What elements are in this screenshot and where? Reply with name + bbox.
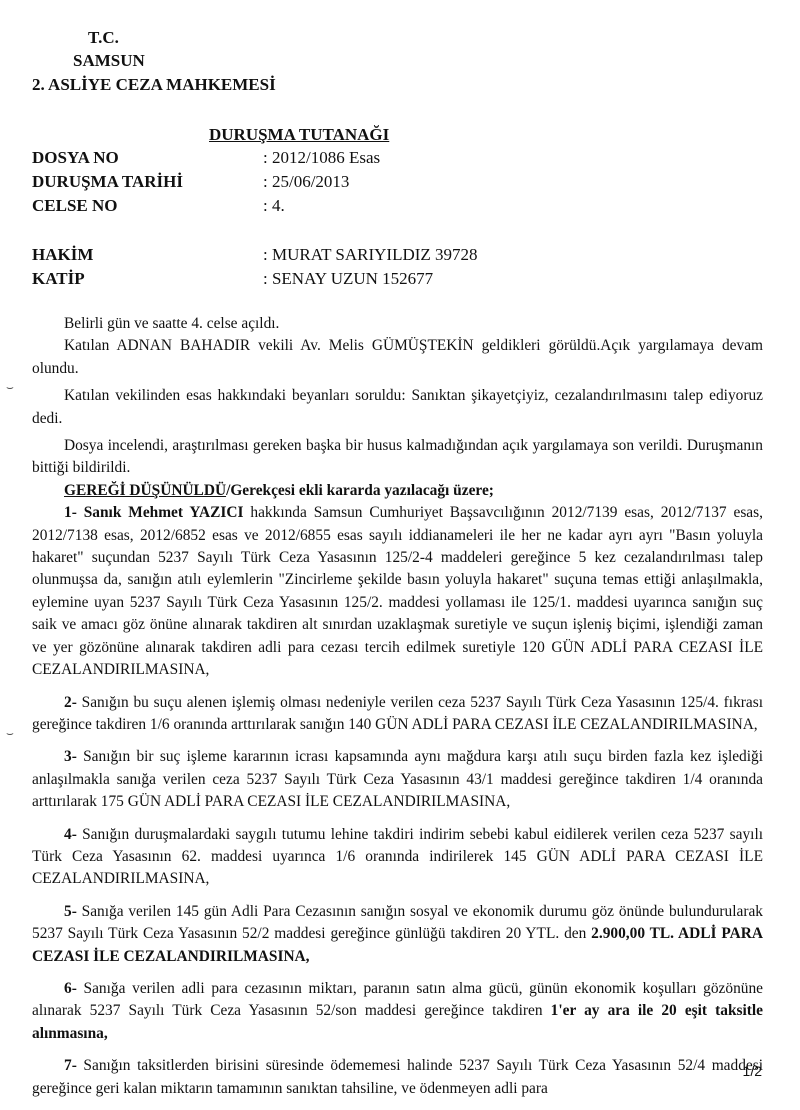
meta-row-case-no: DOSYA NO: 2012/1086 Esas [32, 146, 380, 170]
verdict-item-number: 5- [64, 903, 77, 920]
paragraph-attendance: Katılan ADNAN BAHADIR vekili Av. Melis G… [32, 335, 763, 380]
margin-mark: ⌣ [6, 380, 14, 395]
meta-row-session-no: CELSE NO: 4. [32, 194, 285, 218]
meta-value: : 4. [263, 196, 285, 215]
page-number: 1/2 [743, 1063, 762, 1079]
meta-value: : MURAT SARIYILDIZ 39728 [263, 245, 478, 264]
meta-label: KATİP [32, 267, 263, 291]
verdict-item: 2- Sanığın bu suçu alenen işlemiş olması… [32, 692, 763, 737]
header-court: 2. ASLİYE CEZA MAHKEMESİ [32, 75, 276, 95]
meta-label: DOSYA NO [32, 146, 263, 170]
verdict-item-defendant: Sanık Mehmet YAZICI [84, 504, 244, 521]
margin-mark: ⌣ [6, 726, 14, 741]
meta-label: HAKİM [32, 243, 263, 267]
document-title: DURUŞMA TUTANAĞI [209, 125, 389, 145]
document-body: Belirli gün ve saatte 4. celse açıldı. K… [32, 313, 763, 1110]
verdict-item: 3- Sanığın bir suç işleme kararının icra… [32, 746, 763, 813]
verdict-item-text: Sanığın duruşmalardaki saygılı tutumu le… [32, 826, 763, 888]
header-city: SAMSUN [73, 51, 145, 71]
meta-row-hearing-date: DURUŞMA TARİHİ: 25/06/2013 [32, 170, 349, 194]
verdict-item-number: 3- [64, 748, 77, 765]
paragraph-statements: Katılan vekilinden esas hakkındaki beyan… [32, 385, 763, 430]
paragraph-session-opened: Belirli gün ve saatte 4. celse açıldı. [32, 313, 763, 335]
verdict-item-number: 1- [64, 504, 77, 521]
verdict-item-text: Sanığın taksitlerden birisini süresinde … [32, 1057, 763, 1096]
paragraph-hearing-closed: Dosya incelendi, araştırılması gereken b… [32, 435, 763, 480]
verdict-item-text: Sanığın bir suç işleme kararının icrası … [32, 748, 763, 810]
meta-value: : 2012/1086 Esas [263, 148, 380, 167]
meta-row-judge: HAKİM: MURAT SARIYILDIZ 39728 [32, 243, 478, 267]
meta-value: : 25/06/2013 [263, 172, 349, 191]
verdict-item: 7- Sanığın taksitlerden birisini süresin… [32, 1055, 763, 1100]
decision-heading-rest: /Gerekçesi ekli kararda yazılacağı üzere… [226, 482, 494, 499]
meta-label: DURUŞMA TARİHİ [32, 170, 263, 194]
meta-row-clerk: KATİP: SENAY UZUN 152677 [32, 267, 433, 291]
verdict-item: 4- Sanığın duruşmalardaki saygılı tutumu… [32, 824, 763, 891]
header-country: T.C. [88, 28, 119, 48]
decision-heading: GEREĞİ DÜŞÜNÜLDÜ/Gerekçesi ekli kararda … [32, 480, 763, 502]
decision-heading-main: GEREĞİ DÜŞÜNÜLDÜ [64, 482, 226, 499]
verdict-item-number: 4- [64, 826, 77, 843]
document-page: T.C. SAMSUN 2. ASLİYE CEZA MAHKEMESİ DUR… [0, 0, 800, 1110]
meta-value: : SENAY UZUN 152677 [263, 269, 433, 288]
verdict-item: 6- Sanığa verilen adli para cezasının mi… [32, 978, 763, 1045]
verdict-item-text: Sanığın bu suçu alenen işlemiş olması ne… [32, 694, 763, 733]
verdict-item: 1- Sanık Mehmet YAZICI hakkında Samsun C… [32, 502, 763, 681]
verdict-item-number: 2- [64, 694, 77, 711]
meta-label: CELSE NO [32, 194, 263, 218]
verdict-items: 1- Sanık Mehmet YAZICI hakkında Samsun C… [32, 502, 763, 1100]
verdict-item: 5- Sanığa verilen 145 gün Adli Para Ceza… [32, 901, 763, 968]
verdict-item-number: 7- [64, 1057, 77, 1074]
verdict-item-text: hakkında Samsun Cumhuriyet Başsavcılığın… [32, 504, 763, 678]
verdict-item-number: 6- [64, 980, 77, 997]
